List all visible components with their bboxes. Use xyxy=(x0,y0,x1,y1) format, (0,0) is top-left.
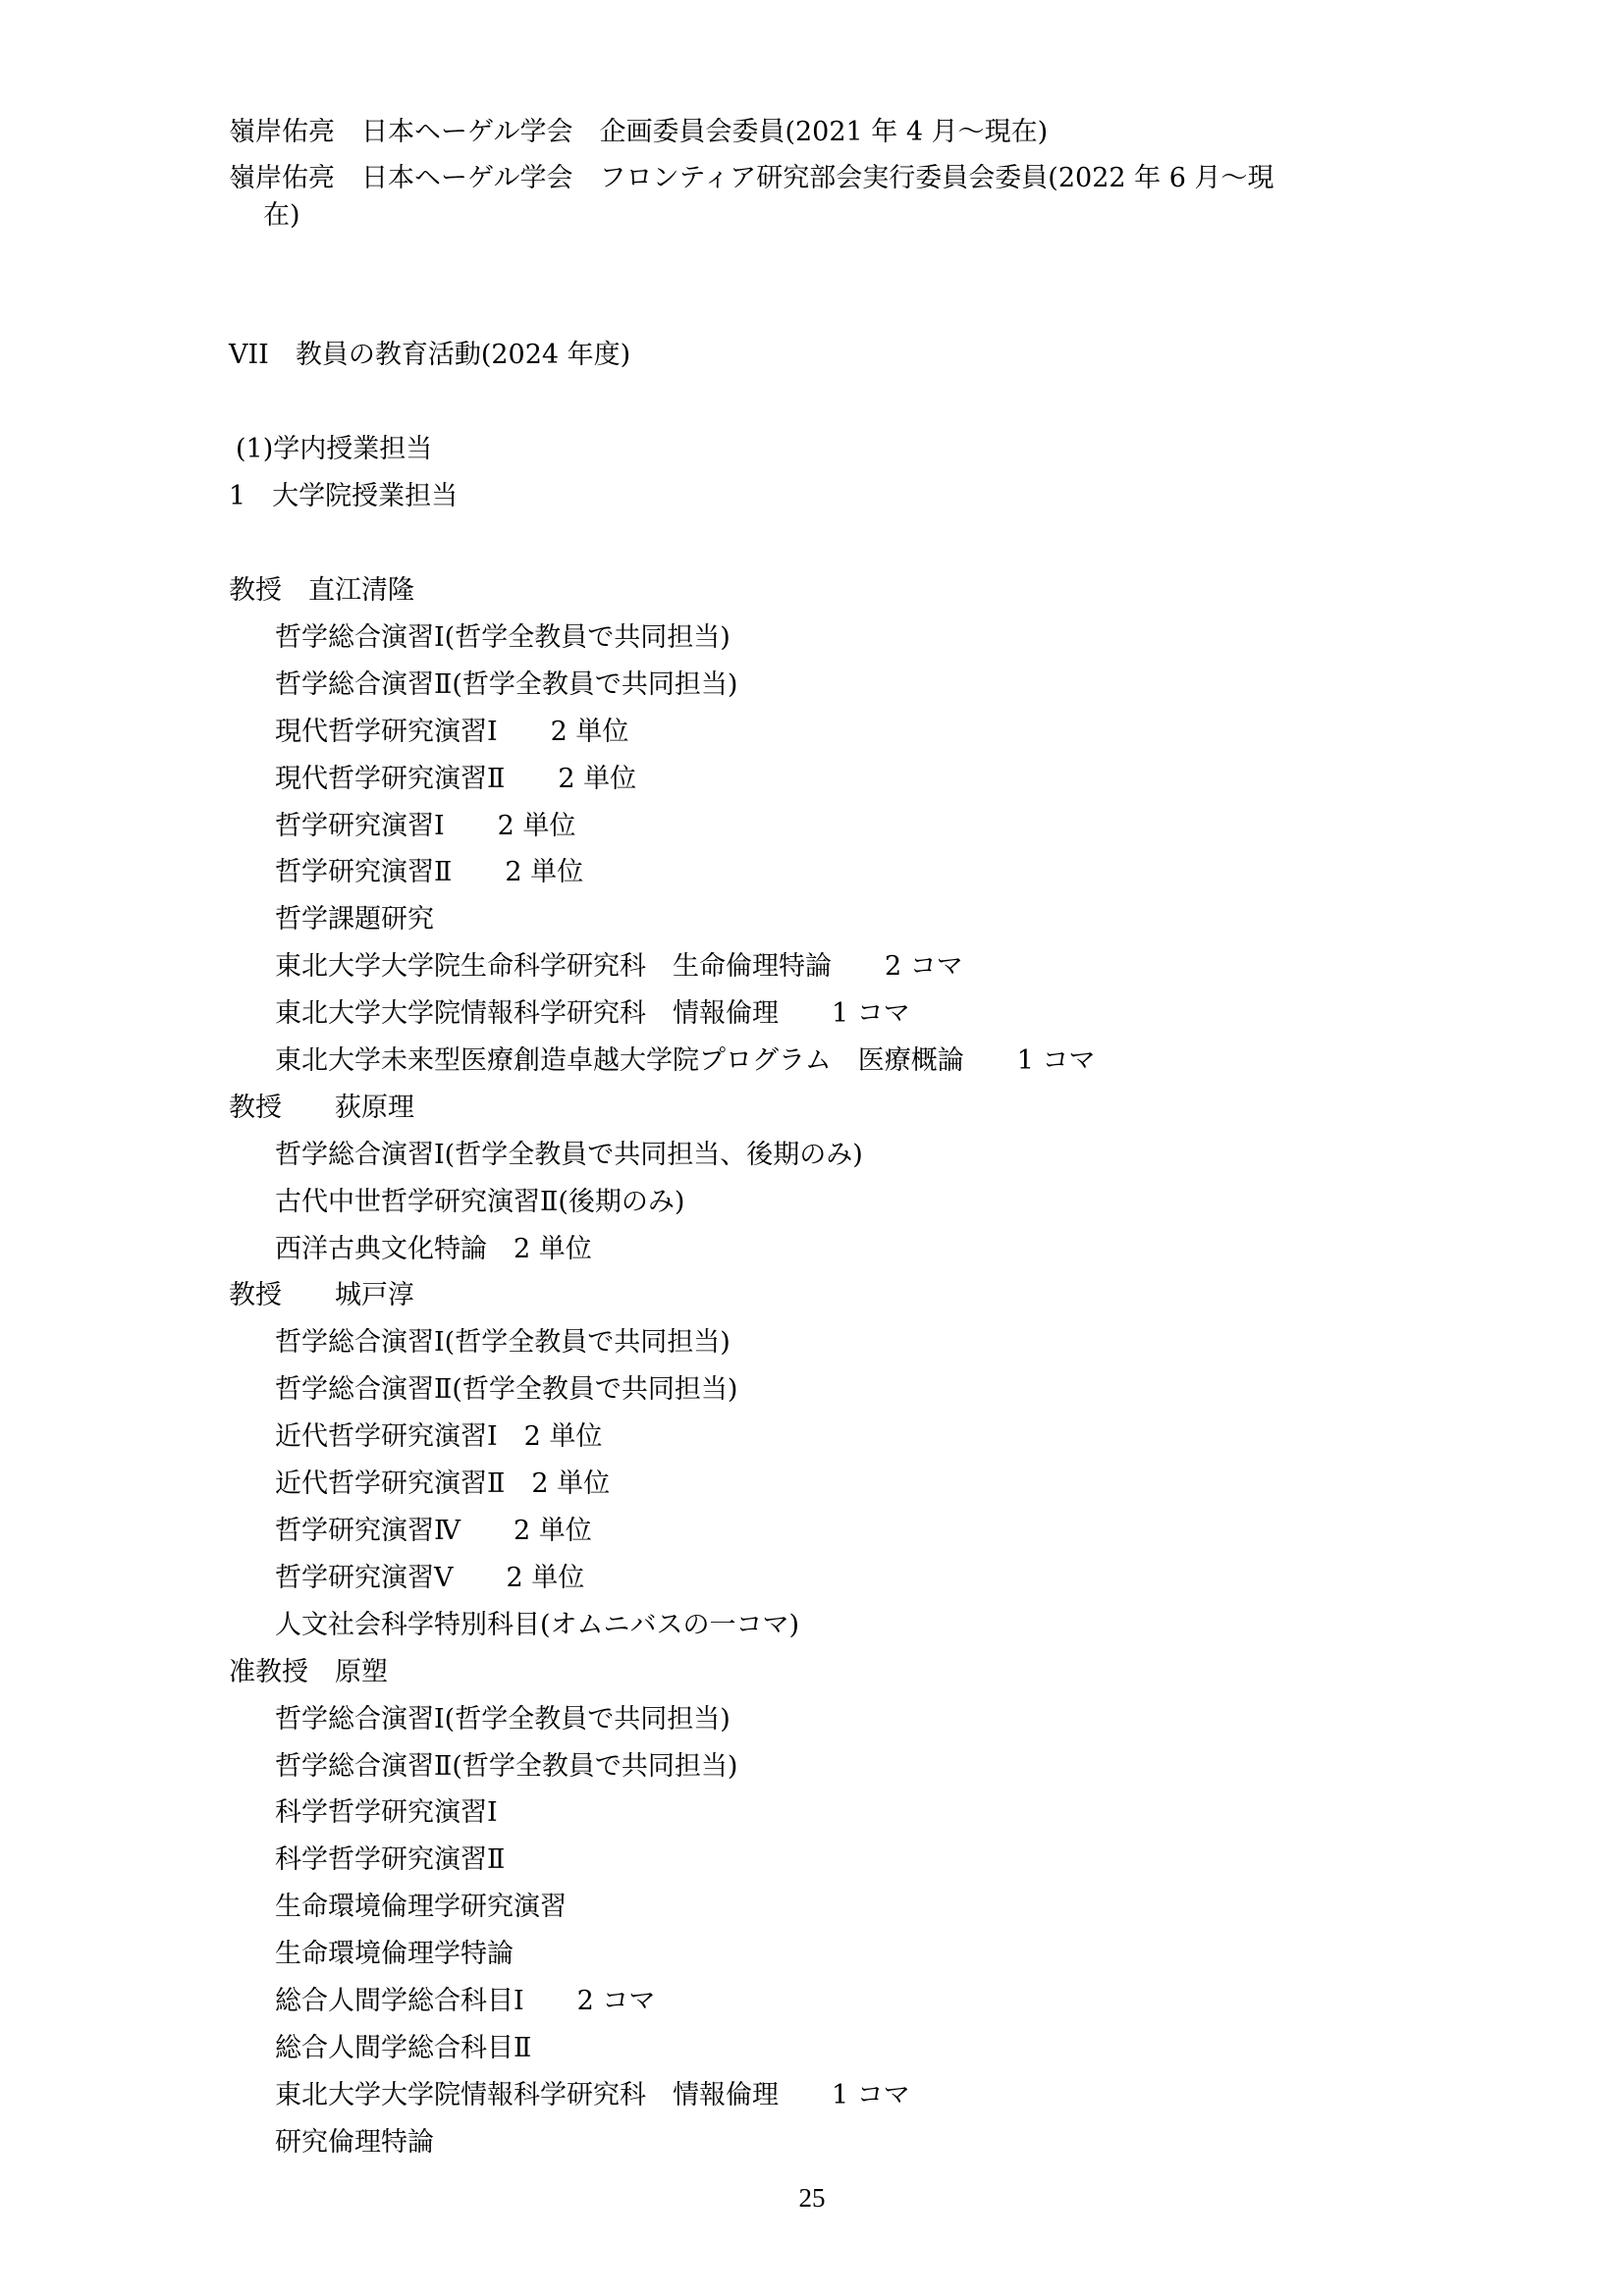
course-item: 総合人間学総合科目Ⅰ 2 コマ xyxy=(275,1985,655,2018)
course-item: 古代中世哲学研究演習Ⅱ(後期のみ) xyxy=(275,1186,684,1219)
page-number: 25 xyxy=(0,2183,1624,2214)
course-item: 哲学研究演習Ⅴ 2 単位 xyxy=(275,1562,584,1595)
course-item: 哲学総合演習Ⅱ(哲学全教員で共同担当) xyxy=(275,668,737,702)
course-item: 西洋古典文化特論 2 単位 xyxy=(275,1233,592,1266)
subsection-heading: (1)学内授業担当 xyxy=(236,433,432,466)
course-item: 科学哲学研究演習Ⅰ xyxy=(275,1796,498,1830)
faculty-header: 教授 直江清隆 xyxy=(229,574,414,608)
course-item: 哲学総合演習Ⅰ(哲学全教員で共同担当、後期のみ) xyxy=(275,1139,863,1172)
course-item: 東北大学大学院情報科学研究科 情報倫理 1 コマ xyxy=(275,2079,910,2112)
course-item: 哲学総合演習Ⅱ(哲学全教員で共同担当) xyxy=(275,1750,737,1784)
course-item: 哲学研究演習Ⅱ 2 単位 xyxy=(275,856,583,889)
course-item: 生命環境倫理学特論 xyxy=(275,1938,514,1971)
course-item: 総合人間学総合科目Ⅱ xyxy=(275,2032,531,2065)
course-item: 東北大学大学院情報科学研究科 情報倫理 1 コマ xyxy=(275,997,910,1031)
course-item: 生命環境倫理学研究演習 xyxy=(275,1891,567,1924)
course-item: 現代哲学研究演習Ⅰ 2 単位 xyxy=(275,716,628,749)
course-item: 人文社会科学特別科目(オムニバスの一コマ) xyxy=(275,1609,799,1642)
course-item: 東北大学大学院生命科学研究科 生命倫理特論 2 コマ xyxy=(275,950,963,984)
course-item: 現代哲学研究演習Ⅱ 2 単位 xyxy=(275,763,636,796)
faculty-header: 准教授 原塑 xyxy=(229,1656,388,1689)
course-item: 近代哲学研究演習Ⅱ 2 単位 xyxy=(275,1468,610,1501)
course-item: 哲学総合演習Ⅰ(哲学全教員で共同担当) xyxy=(275,1326,731,1360)
course-item: 東北大学未来型医療創造卓越大学院プログラム 医療概論 1 コマ xyxy=(275,1044,1096,1078)
course-item: 哲学総合演習Ⅰ(哲学全教員で共同担当) xyxy=(275,1703,731,1736)
course-item: 哲学研究演習Ⅳ 2 単位 xyxy=(275,1515,592,1548)
course-item: 近代哲学研究演習Ⅰ 2 単位 xyxy=(275,1420,602,1454)
faculty-header: 教授 荻原理 xyxy=(229,1092,414,1125)
document-page: 嶺岸佑亮 日本ヘーゲル学会 企画委員会委員(2021 年 4 月～現在) 嶺岸佑… xyxy=(0,0,1624,2296)
course-item: 科学哲学研究演習Ⅱ xyxy=(275,1843,505,1877)
subsection-title: 1 大学院授業担当 xyxy=(229,480,458,513)
course-item: 哲学研究演習Ⅰ 2 単位 xyxy=(275,810,575,843)
committee-role-line: 嶺岸佑亮 日本ヘーゲル学会 フロンティア研究部会実行委員会委員(2022 年 6… xyxy=(229,162,1273,195)
faculty-header: 教授 城戸淳 xyxy=(229,1279,414,1312)
course-item: 哲学総合演習Ⅱ(哲学全教員で共同担当) xyxy=(275,1373,737,1407)
committee-role-continuation: 在) xyxy=(263,199,300,233)
course-item: 哲学総合演習Ⅰ(哲学全教員で共同担当) xyxy=(275,621,731,655)
course-item: 研究倫理特論 xyxy=(275,2126,434,2160)
course-item: 哲学課題研究 xyxy=(275,903,434,936)
committee-role-line: 嶺岸佑亮 日本ヘーゲル学会 企画委員会委員(2021 年 4 月～現在) xyxy=(229,116,1048,149)
section-heading: VII 教員の教育活動(2024 年度) xyxy=(229,339,630,372)
